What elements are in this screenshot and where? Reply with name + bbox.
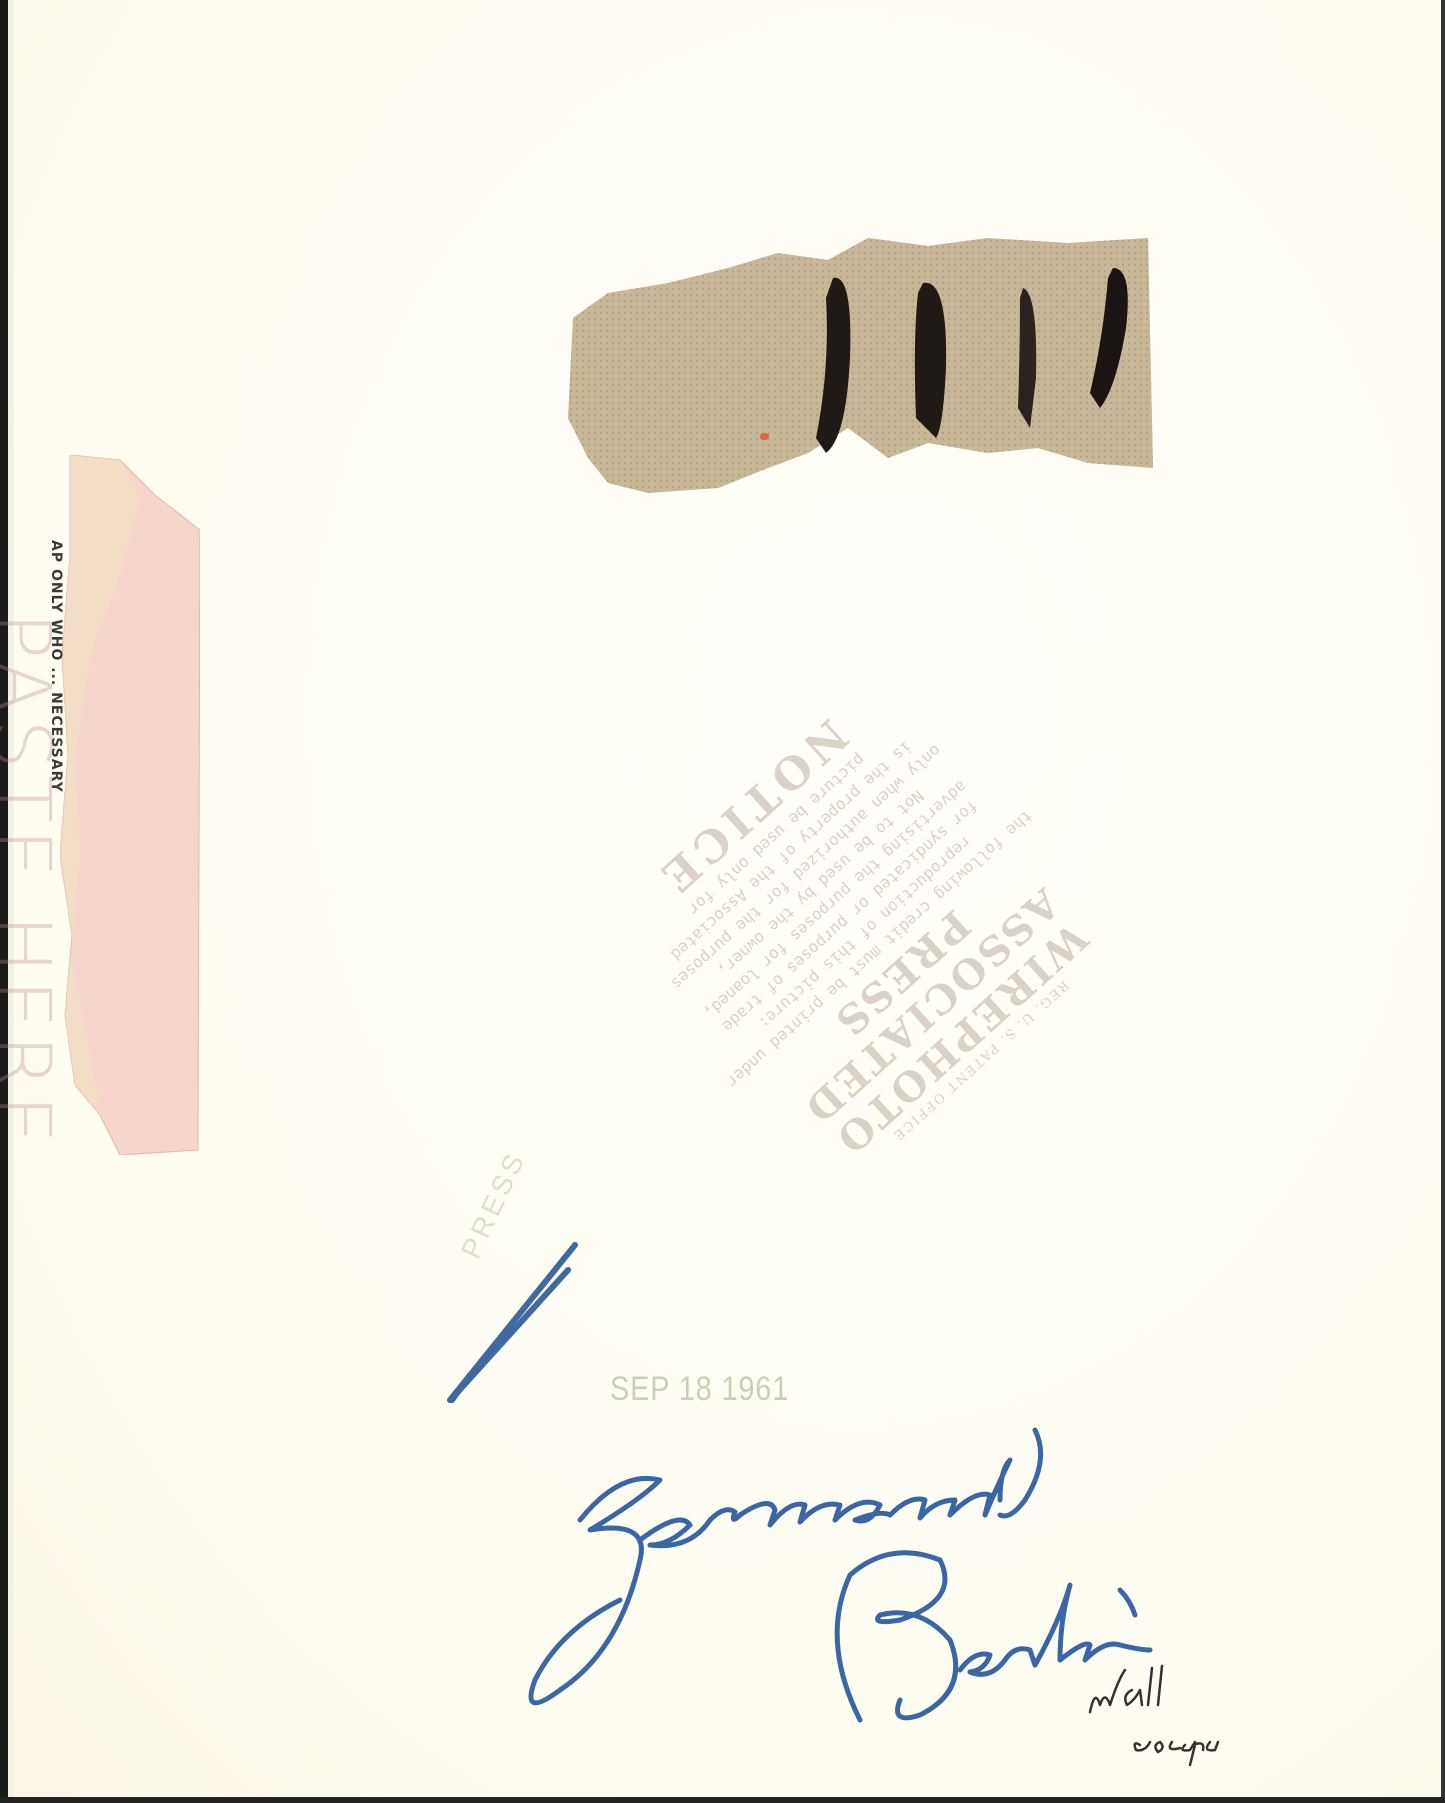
scan-edge-bottom: [0, 1797, 1445, 1803]
scan-edge-right: [1441, 0, 1445, 1803]
paste-label-small-text: AP ONLY WHO ... NECESSARY: [48, 540, 64, 793]
paste-here-label: [60, 455, 200, 1155]
date-stamp: SEP 18 1961: [610, 1370, 789, 1409]
newspaper-clipping: Walter: [568, 238, 1168, 498]
associated-press-stamp: REG. U. S. PATENT OFFICE WIREPHOTO ASSOC…: [600, 630, 1060, 1130]
